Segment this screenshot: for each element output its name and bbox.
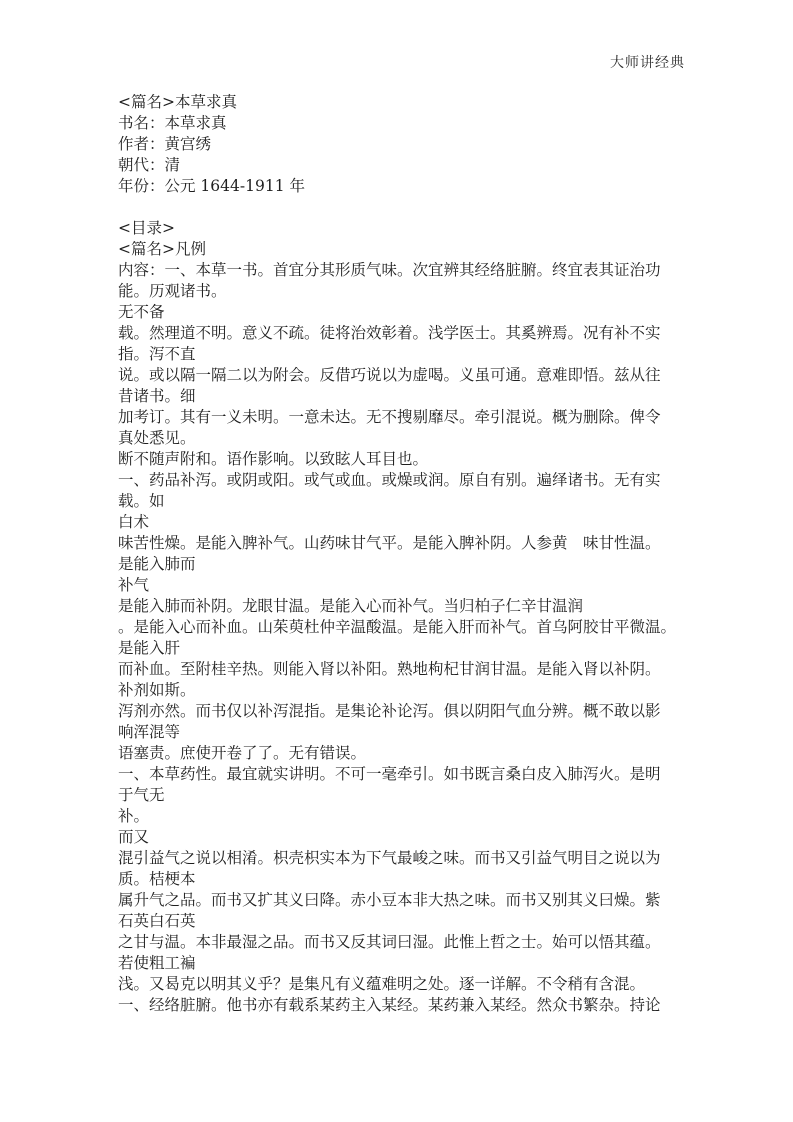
text-line: 是能入肺而 [118,554,684,575]
text-line: 补气 [118,575,684,596]
document-page: 大师讲经典 <篇名>本草求真 书名：本草求真 作者：黄宫绣 朝代：清 年份：公元… [0,0,793,1122]
text-line: <目录> [118,218,684,239]
text-line: 补。 [118,806,684,827]
text-line: <篇名>凡例 [118,239,684,260]
text-line: 而补血。至附桂辛热。则能入肾以补阳。熟地枸杞甘润甘温。是能入肾以补阴。 [118,659,684,680]
text-line: 若使粗工褊 [118,953,684,974]
text-line: 而又 [118,827,684,848]
text-line: 属升气之品。而书又扩其义曰降。赤小豆本非大热之味。而书又别其义曰燥。紫 [118,890,684,911]
text-line: 混引益气之说以相淆。枳壳枳实本为下气最峻之味。而书又引益气明目之说以为 [118,848,684,869]
text-line: 载。然理道不明。意义不疏。徒将治效彰着。浅学医士。其奚辨焉。况有补不实 [118,323,684,344]
text-line: 能。历观诸书。 [118,281,684,302]
text-line: 浅。又曷克以明其义乎？是集凡有义蕴难明之处。逐一详解。不令稍有含混。 [118,974,684,995]
text-line: 补剂如斯。 [118,680,684,701]
text-line: 说。或以隔一隔二以为附会。反借巧说以为虚喝。义虽可通。意难即悟。兹从往 [118,365,684,386]
text-line: 于气无 [118,785,684,806]
text-line: 一、本草药性。最宜就实讲明。不可一毫牵引。如书既言桑白皮入肺泻火。是明 [118,764,684,785]
text-line: 加考订。其有一义未明。一意未达。无不搜剔靡尽。牵引混说。概为删除。俾令 [118,407,684,428]
text-line: <篇名>本草求真 [118,92,684,113]
text-line: 泻剂亦然。而书仅以补泻混指。是集论补论泻。俱以阴阳气血分辨。概不敢以影 [118,701,684,722]
text-line: 指。泻不直 [118,344,684,365]
text-line: 昔诸书。细 [118,386,684,407]
text-line: 无不备 [118,302,684,323]
text-line: 年份：公元 1644-1911 年 [118,176,684,197]
text-line: 一、经络脏腑。他书亦有载系某药主入某经。某药兼入某经。然众书繁杂。持论 [118,995,684,1016]
text-line: 真处悉见。 [118,428,684,449]
text-line: 断不随声附和。语作影响。以致眩人耳目也。 [118,449,684,470]
text-line: 朝代：清 [118,155,684,176]
page-header: 大师讲经典 [610,54,685,72]
text-line: 质。桔梗本 [118,869,684,890]
text-line: 石英白石英 [118,911,684,932]
text-line: 是能入肝 [118,638,684,659]
text-line: 语塞责。庶使开卷了了。无有错误。 [118,743,684,764]
text-line: 作者：黄宫绣 [118,134,684,155]
text-line: 响浑混等 [118,722,684,743]
text-line: 。是能入心而补血。山茱萸杜仲辛温酸温。是能入肝而补气。首乌阿胶甘平微温。 [118,617,684,638]
text-line: 味苦性燥。是能入脾补气。山药味甘气平。是能入脾补阴。人参黄 味甘性温。 [118,533,684,554]
text-line: 是能入肺而补阴。龙眼甘温。是能入心而补气。当归柏子仁辛甘温润 [118,596,684,617]
document-body: <篇名>本草求真 书名：本草求真 作者：黄宫绣 朝代：清 年份：公元 1644-… [118,92,684,1016]
text-line: 之甘与温。本非最湿之品。而书又反其词曰湿。此惟上哲之士。始可以悟其蕴。 [118,932,684,953]
text-line: 载。如 [118,491,684,512]
text-line: 白术 [118,512,684,533]
text-line: 书名：本草求真 [118,113,684,134]
text-line: 一、药品补泻。或阴或阳。或气或血。或燥或润。原自有别。遍绎诸书。无有实 [118,470,684,491]
text-line-blank [118,197,684,218]
text-line: 内容：一、本草一书。首宜分其形质气味。次宜辨其经络脏腑。终宜表其证治功 [118,260,684,281]
